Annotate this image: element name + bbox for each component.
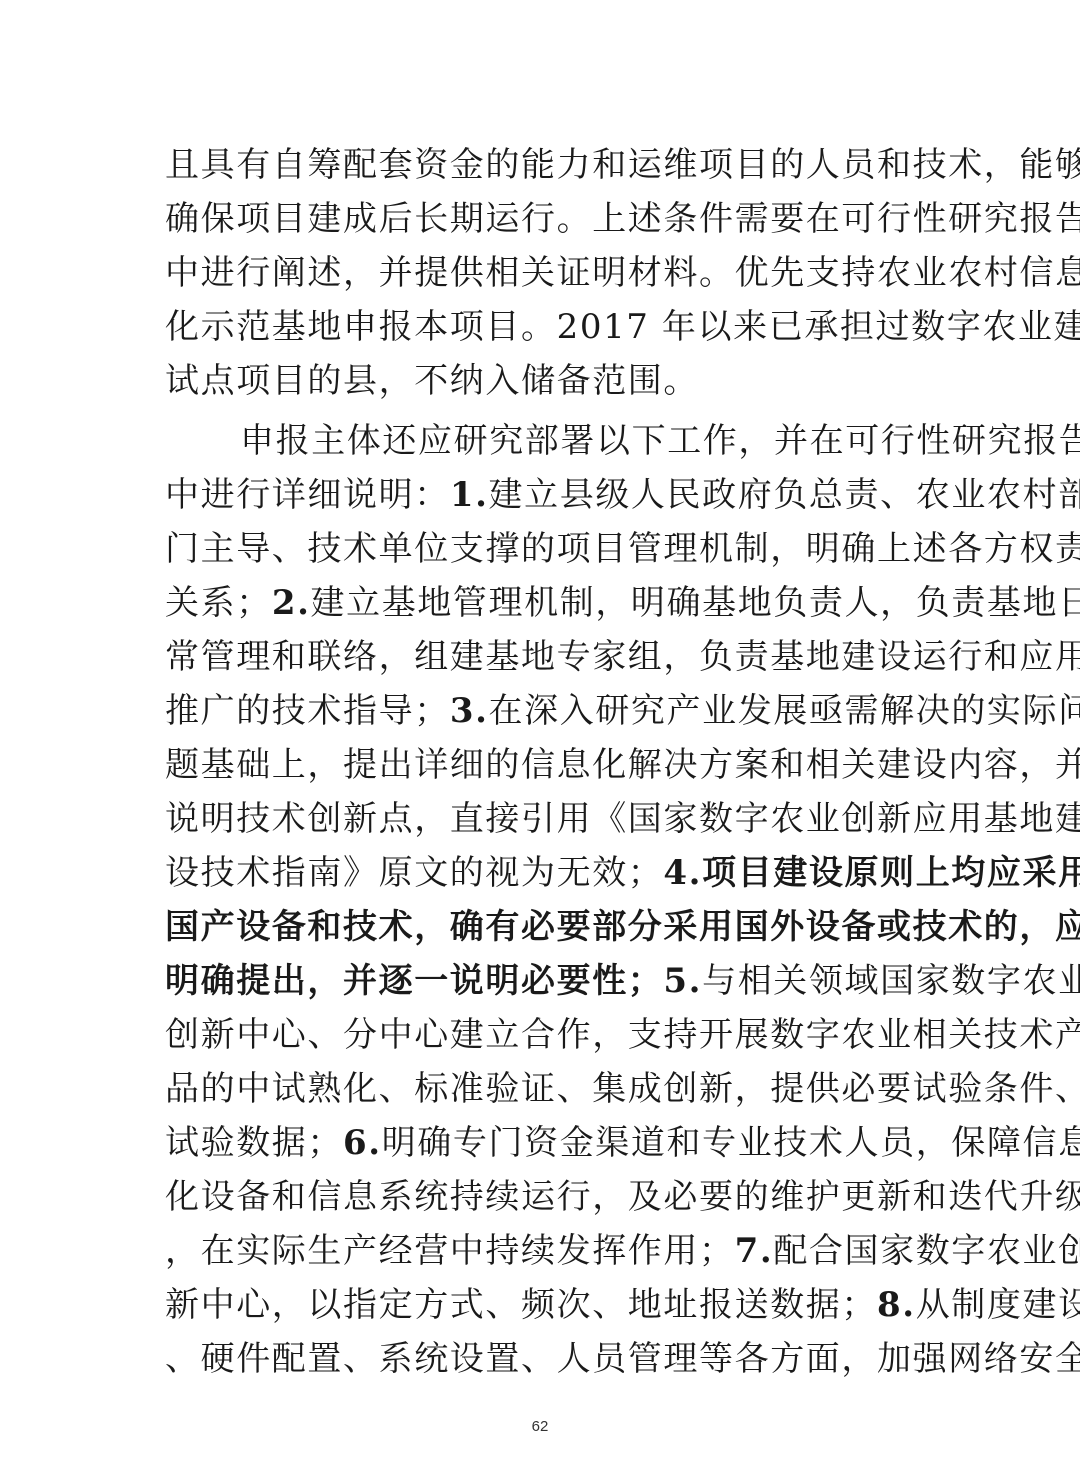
paragraph: 申报主体还应研究部署以下工作，并在可行性研究报告中进行详细说明：1.建立县级人民… <box>165 414 917 1386</box>
text-line: 国产设备和技术，确有必要部分采用国外设备或技术的，应 <box>165 900 917 954</box>
text-line: 新中心，以指定方式、频次、地址报送数据；8.从制度建设 <box>165 1278 917 1332</box>
text-segment: 题基础上，提出详细的信息化解决方案和相关建设内容，并 <box>165 745 1080 785</box>
page-number: 62 <box>0 1418 1080 1435</box>
document-body: 且具有自筹配套资金的能力和运维项目的人员和技术，能够确保项目建成后长期运行。上述… <box>165 138 917 1386</box>
text-segment: 关系； <box>165 583 272 623</box>
text-line: 试点项目的县，不纳入储备范围。 <box>165 354 917 408</box>
bold-text-segment: 6. <box>343 1123 382 1163</box>
text-segment: 且具有自筹配套资金的能力和运维项目的人员和技术，能够 <box>165 145 1080 185</box>
text-segment: 说明技术创新点，直接引用《国家数字农业创新应用基地建 <box>165 799 1080 839</box>
text-line: 常管理和联络，组建基地专家组，负责基地建设运行和应用 <box>165 630 917 684</box>
text-segment: 品的中试熟化、标准验证、集成创新，提供必要试验条件、 <box>165 1069 1080 1109</box>
text-line: 化示范基地申报本项目。2017 年以来已承担过数字农业建设 <box>165 300 917 354</box>
text-line: 确保项目建成后长期运行。上述条件需要在可行性研究报告 <box>165 192 917 246</box>
bold-text-segment: 3. <box>450 691 489 731</box>
text-segment: 申报主体还应研究部署以下工作，并在可行性研究报告 <box>240 421 1080 461</box>
text-line: ，在实际生产经营中持续发挥作用；7.配合国家数字农业创 <box>165 1224 917 1278</box>
text-segment: 明确专门资金渠道和专业技术人员，保障信息 <box>382 1123 1080 1163</box>
text-line: 创新中心、分中心建立合作，支持开展数字农业相关技术产 <box>165 1008 917 1062</box>
text-line: 且具有自筹配套资金的能力和运维项目的人员和技术，能够 <box>165 138 917 192</box>
text-segment: 从制度建设 <box>916 1285 1080 1325</box>
text-segment: 中进行详细说明： <box>165 475 450 515</box>
text-segment: 建立基地管理机制，明确基地负责人，负责基地日 <box>311 583 1080 623</box>
text-line: 门主导、技术单位支撑的项目管理机制，明确上述各方权责 <box>165 522 917 576</box>
text-segment: 门主导、技术单位支撑的项目管理机制，明确上述各方权责 <box>165 529 1080 569</box>
bold-text-segment: 4.项目建设原则上均应采用 <box>663 853 1080 893</box>
bold-text-segment: 2. <box>272 583 311 623</box>
bold-text-segment: 1. <box>450 475 489 515</box>
bold-text-segment: 国产设备和技术，确有必要部分采用国外设备或技术的，应 <box>165 907 1080 947</box>
text-line: 中进行阐述，并提供相关证明材料。优先支持农业农村信息 <box>165 246 917 300</box>
text-line: 申报主体还应研究部署以下工作，并在可行性研究报告 <box>165 414 917 468</box>
text-segment: 在深入研究产业发展亟需解决的实际问 <box>489 691 1080 731</box>
text-segment: 确保项目建成后长期运行。上述条件需要在可行性研究报告 <box>165 199 1080 239</box>
text-segment: 试验数据； <box>165 1123 343 1163</box>
text-segment: 化设备和信息系统持续运行，及必要的维护更新和迭代升级 <box>165 1177 1080 1217</box>
text-segment: 建立县级人民政府负总责、农业农村部 <box>489 475 1080 515</box>
bold-text-segment: 5. <box>663 961 702 1001</box>
text-segment: 中进行阐述，并提供相关证明材料。优先支持农业农村信息 <box>165 253 1080 293</box>
text-line: 明确提出，并逐一说明必要性；5.与相关领域国家数字农业 <box>165 954 917 1008</box>
bold-text-segment: 7. <box>735 1231 774 1271</box>
text-line: 、硬件配置、系统设置、人员管理等各方面，加强网络安全 <box>165 1332 917 1386</box>
text-segment: 新中心，以指定方式、频次、地址报送数据； <box>165 1285 877 1325</box>
document-page: 且具有自筹配套资金的能力和运维项目的人员和技术，能够确保项目建成后长期运行。上述… <box>0 0 1080 1461</box>
text-line: 中进行详细说明：1.建立县级人民政府负总责、农业农村部 <box>165 468 917 522</box>
paragraph: 且具有自筹配套资金的能力和运维项目的人员和技术，能够确保项目建成后长期运行。上述… <box>165 138 917 408</box>
text-line: 试验数据；6.明确专门资金渠道和专业技术人员，保障信息 <box>165 1116 917 1170</box>
text-segment: 配合国家数字农业创 <box>773 1231 1080 1271</box>
text-segment: 试点项目的县，不纳入储备范围。 <box>165 361 699 401</box>
bold-text-segment: 明确提出，并逐一说明必要性； <box>165 961 663 1001</box>
text-segment: 设技术指南》原文的视为无效； <box>165 853 663 893</box>
text-line: 化设备和信息系统持续运行，及必要的维护更新和迭代升级 <box>165 1170 917 1224</box>
text-segment: 化示范基地申报本项目。2017 年以来已承担过数字农业建设 <box>165 307 1080 347</box>
bold-text-segment: 8. <box>877 1285 916 1325</box>
text-segment: 推广的技术指导； <box>165 691 450 731</box>
text-segment: 创新中心、分中心建立合作，支持开展数字农业相关技术产 <box>165 1015 1080 1055</box>
text-line: 关系；2.建立基地管理机制，明确基地负责人，负责基地日 <box>165 576 917 630</box>
text-line: 品的中试熟化、标准验证、集成创新，提供必要试验条件、 <box>165 1062 917 1116</box>
text-segment: 与相关领域国家数字农业 <box>702 961 1080 1001</box>
text-line: 题基础上，提出详细的信息化解决方案和相关建设内容，并 <box>165 738 917 792</box>
text-line: 说明技术创新点，直接引用《国家数字农业创新应用基地建 <box>165 792 917 846</box>
text-segment: 常管理和联络，组建基地专家组，负责基地建设运行和应用 <box>165 637 1080 677</box>
text-line: 设技术指南》原文的视为无效；4.项目建设原则上均应采用 <box>165 846 917 900</box>
text-segment: ，在实际生产经营中持续发挥作用； <box>165 1231 735 1271</box>
text-line: 推广的技术指导；3.在深入研究产业发展亟需解决的实际问 <box>165 684 917 738</box>
text-segment: 、硬件配置、系统设置、人员管理等各方面，加强网络安全 <box>165 1339 1080 1379</box>
